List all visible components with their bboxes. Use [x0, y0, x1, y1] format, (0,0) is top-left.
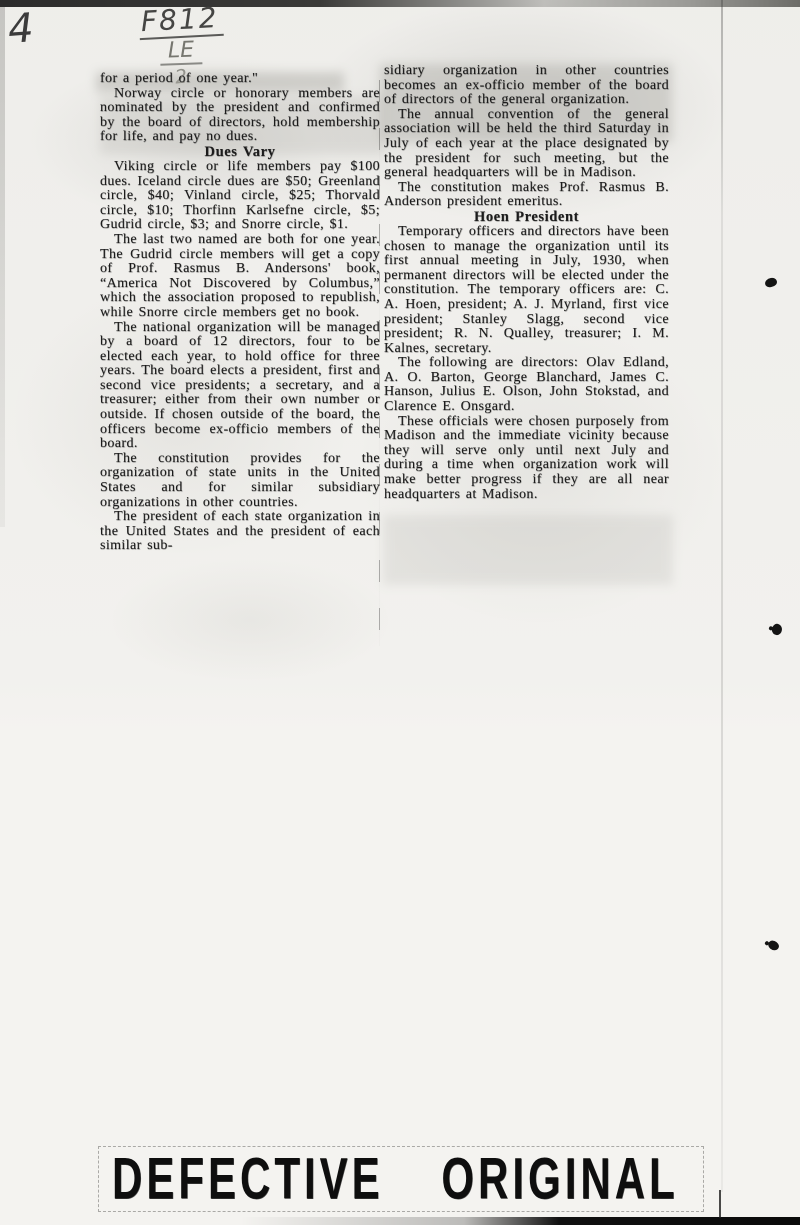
defective-original-stamp: DEFECTIVE ORIGINAL [112, 1150, 679, 1208]
article-paragraph: Temporary officers and directors have be… [384, 225, 669, 356]
article-paragraph: The president of each state organization… [100, 510, 380, 554]
scanned-newspaper-clipping-page: 4 F812 LE 2 for a period of one year." N… [0, 0, 800, 1225]
scan-bottom-black-bar [240, 1217, 800, 1225]
call-number-line-2: LE [159, 39, 202, 65]
section-heading-hoen-president: Hoen President [384, 210, 669, 225]
article-paragraph: The national organization will be manage… [100, 321, 380, 452]
article-paragraph: sidiary organization in other countries … [384, 64, 669, 108]
article-paragraph: The constitution makes Prof. Rasmus B. A… [384, 181, 669, 210]
article-paragraph: for a period of one year." [100, 72, 380, 87]
ink-spot [770, 622, 784, 636]
ink-spot [764, 277, 777, 288]
article-paragraph: The constitution provides for the organi… [100, 452, 380, 510]
scan-bottom-vertical-line [719, 1190, 721, 1218]
scan-left-edge-shade [0, 7, 5, 527]
call-number-line-1: F812 [138, 4, 223, 40]
article-left-column: for a period of one year." Norway circle… [100, 72, 380, 554]
article-paragraph: These officials were chosen purposely fr… [384, 415, 669, 503]
handwritten-page-number: 4 [6, 5, 35, 53]
article-right-column: sidiary organization in other countries … [384, 64, 669, 502]
article-paragraph: The last two named are both for one year… [100, 233, 380, 321]
article-paragraph: Viking circle or life members pay $100 d… [100, 160, 380, 233]
article-paragraph: The annual convention of the general ass… [384, 108, 669, 181]
article-paragraph: The following are directors: Olav Edland… [384, 356, 669, 414]
scan-shading-patch [383, 515, 673, 585]
ink-spot [766, 939, 780, 953]
clipping-right-edge-line [721, 0, 723, 1192]
scan-top-edge [0, 0, 800, 7]
article-paragraph: Norway circle or honorary members are no… [100, 87, 380, 145]
section-heading-dues-vary: Dues Vary [100, 145, 380, 160]
